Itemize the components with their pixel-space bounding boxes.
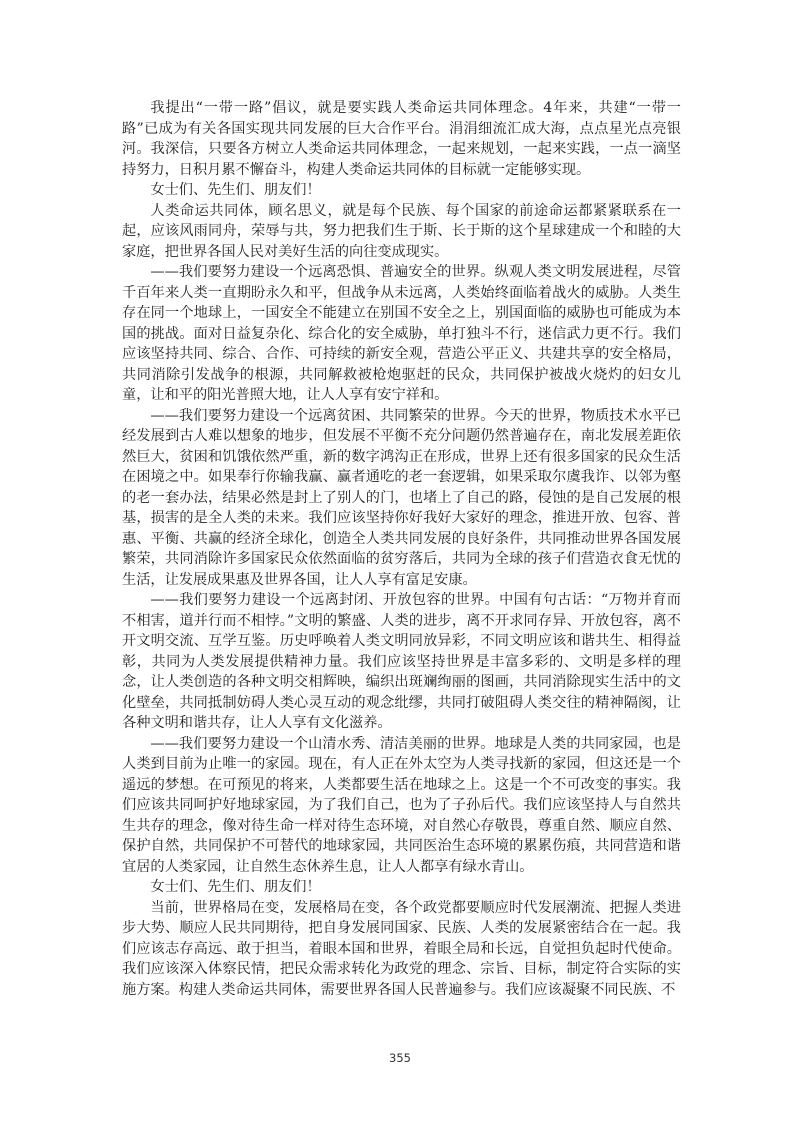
paragraph-salutation-2: 女士们、先生们、朋友们！ xyxy=(122,877,681,898)
paragraph-salutation: 女士们、先生们、朋友们！ xyxy=(122,180,681,201)
body-text: 我提出“一带一路”倡议，就是要实践人类命运共同体理念。4年来，共建“一带一路”已… xyxy=(122,98,681,1000)
paragraph-security-world: ——我们要努力建设一个远离恐惧、普遍安全的世界。纵观人类文明发展进程，尽管千百年… xyxy=(122,262,681,406)
document-page: 我提出“一带一路”倡议，就是要实践人类命运共同体理念。4年来，共建“一带一路”已… xyxy=(0,0,800,1133)
paragraph-prosperity-world: ——我们要努力建设一个远离贫困、共同繁荣的世界。今天的世界，物质技术水平已经发展… xyxy=(122,406,681,591)
paragraph-belt-and-road: 我提出“一带一路”倡议，就是要实践人类命运共同体理念。4年来，共建“一带一路”已… xyxy=(122,98,681,180)
paragraph-open-inclusive-world: ——我们要努力建设一个远离封闭、开放包容的世界。中国有句古话：“万物并育而不相害… xyxy=(122,590,681,734)
paragraph-community-definition: 人类命运共同体，顾名思义，就是每个民族、每个国家的前途命运都紧紧联系在一起，应该… xyxy=(122,201,681,263)
paragraph-clean-beautiful-world: ——我们要努力建设一个山清水秀、清洁美丽的世界。地球是人类的共同家园，也是人类到… xyxy=(122,734,681,878)
paragraph-political-parties: 当前，世界格局在变，发展格局在变，各个政党都要顺应时代发展潮流、把握人类进步大势… xyxy=(122,898,681,1001)
page-number: 355 xyxy=(0,1051,800,1065)
